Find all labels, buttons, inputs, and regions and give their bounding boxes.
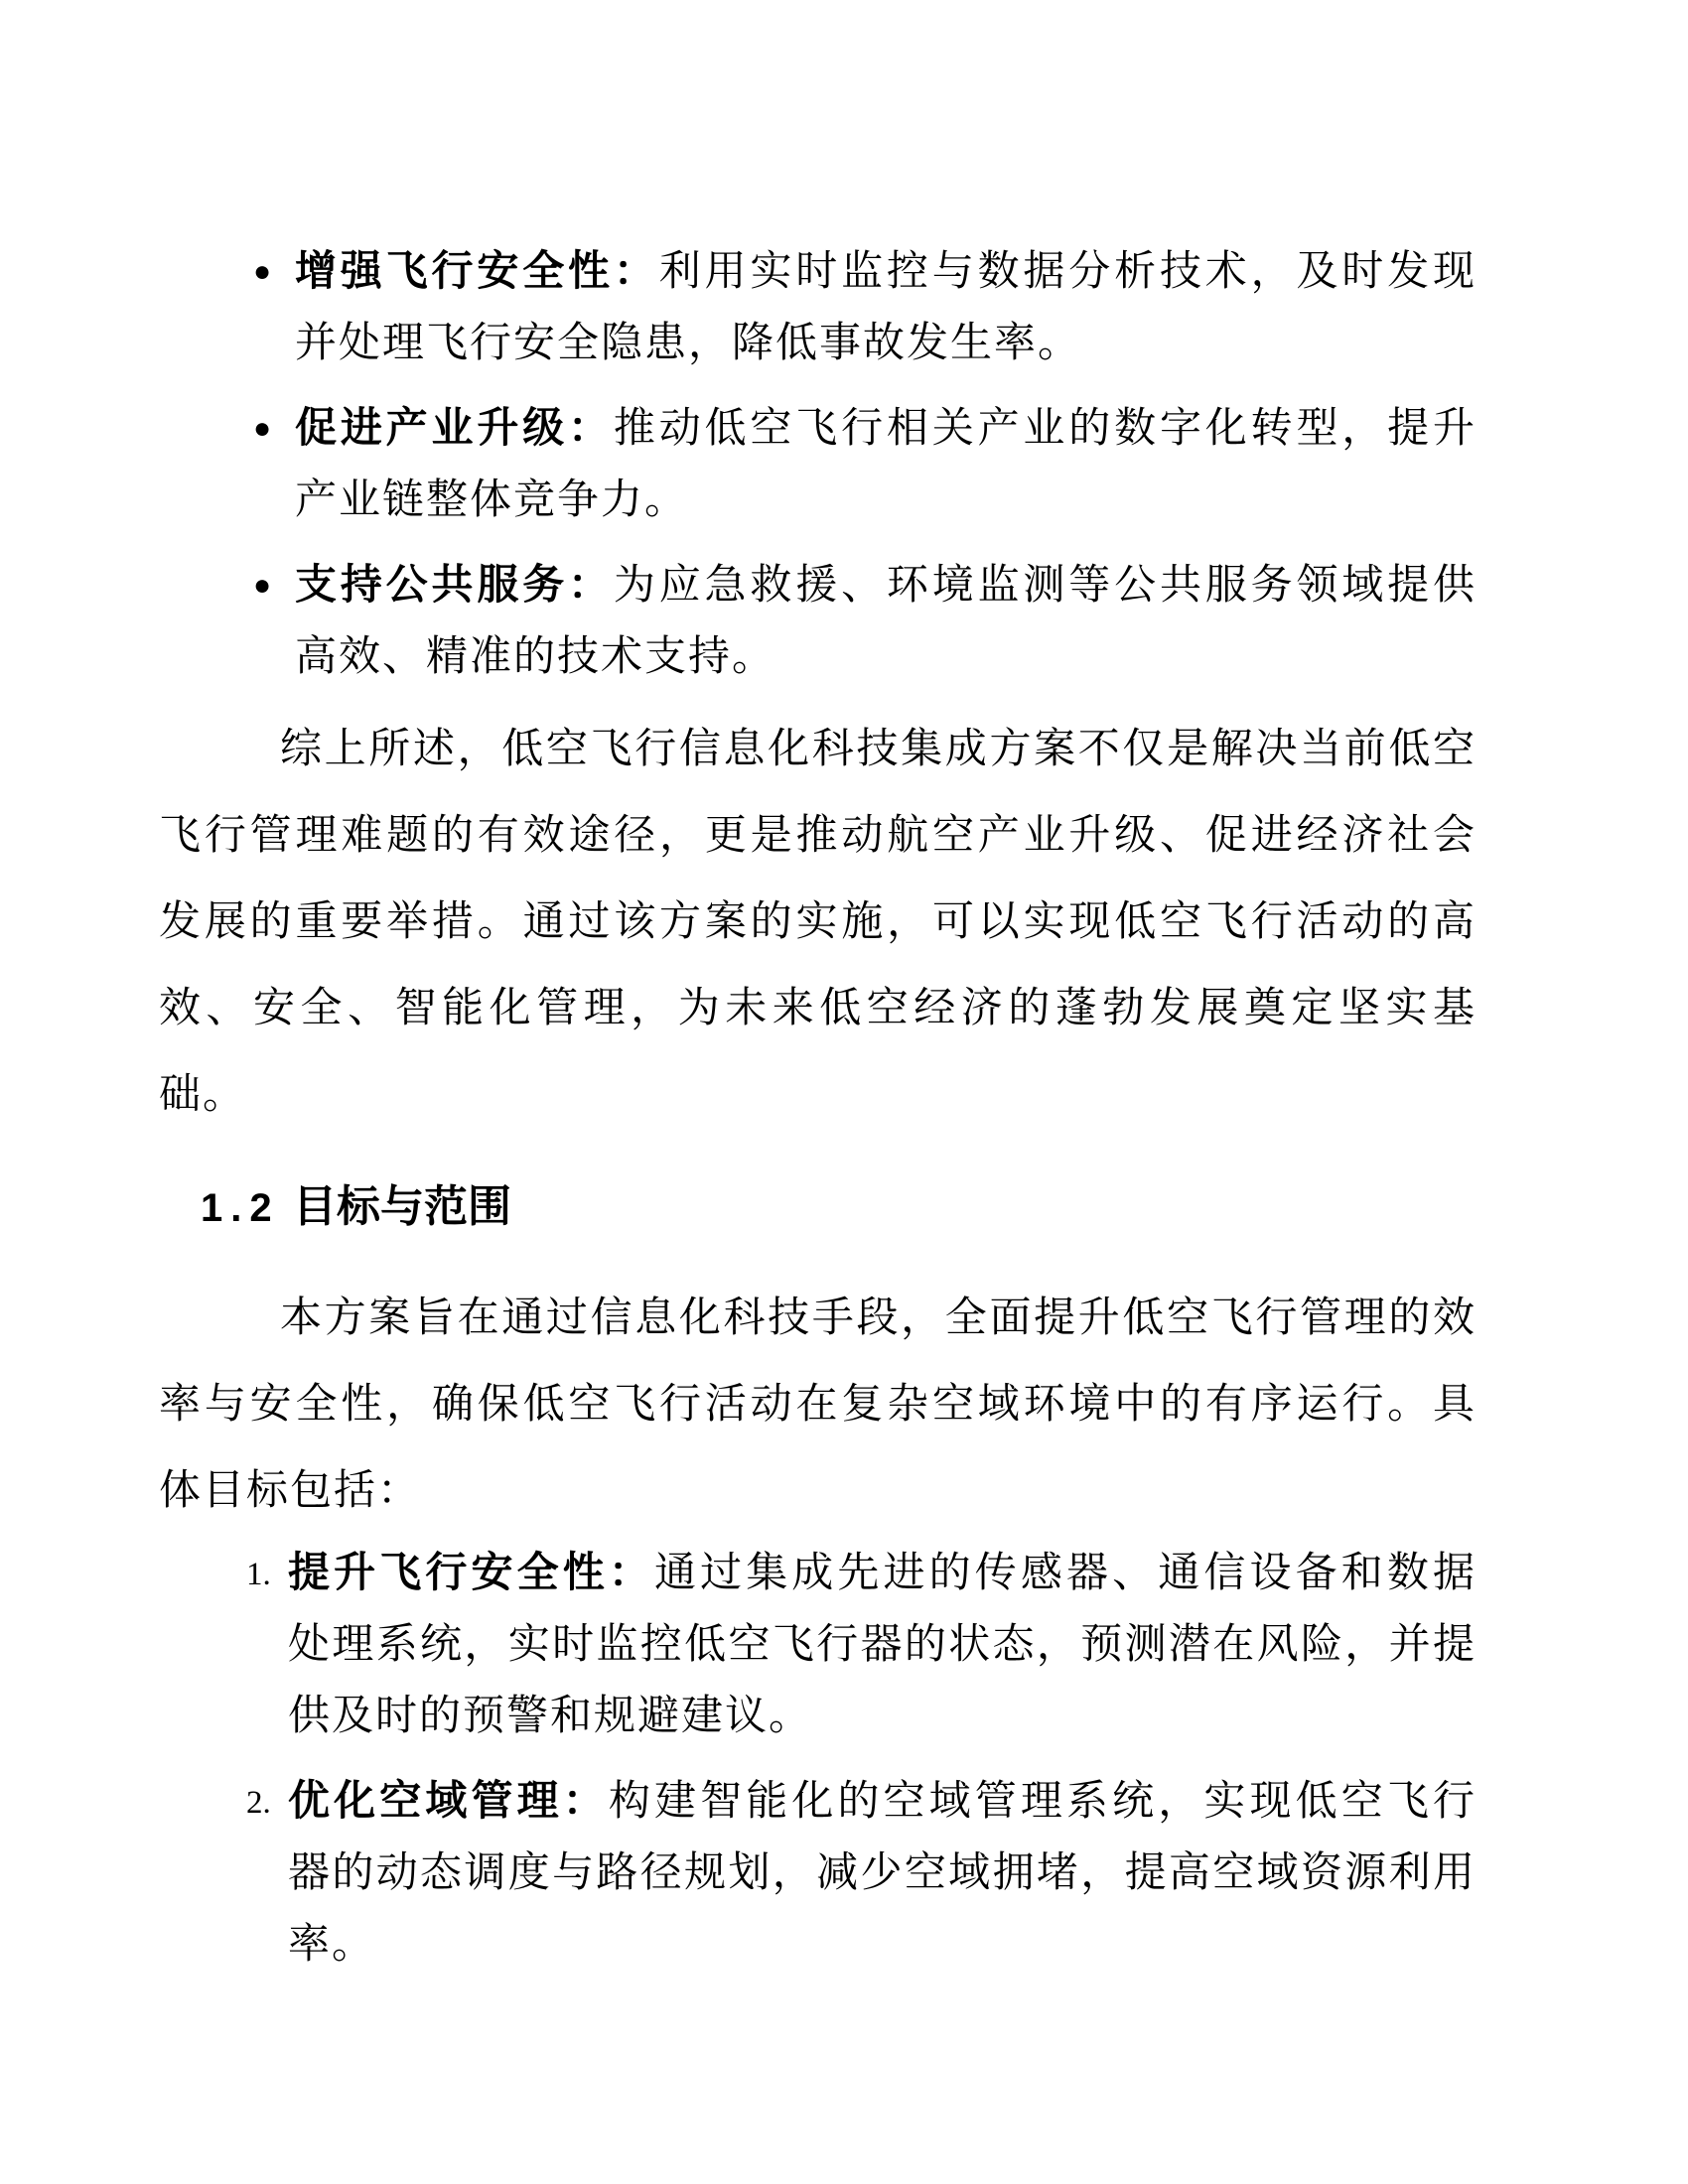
numbered-item-text: 通过集成先进的传感器、通信设备和数据: [654, 1551, 1477, 1596]
numbered-item: 1. 提升飞行安全性：通过集成先进的传感器、通信设备和数据 处理系统，实时监控低…: [159, 1538, 1477, 1752]
bullet-item-line: 增强飞行安全性：利用实时监控与数据分析技术，及时发现: [295, 236, 1477, 308]
paragraph-line: 综上所述，低空飞行信息化科技集成方案不仅是解决当前低空: [159, 707, 1477, 793]
number-marker: 2.: [246, 1766, 271, 1840]
heading-title: 目标与范围: [293, 1182, 511, 1231]
numbered-item-line: 供及时的预警和规避建议。: [288, 1681, 1477, 1752]
numbered-item-lead: 优化空域管理：: [288, 1779, 609, 1825]
bullet-item-lead: 支持公共服务：: [295, 563, 614, 609]
numbered-item-line: 提升飞行安全性：通过集成先进的传感器、通信设备和数据: [288, 1538, 1477, 1609]
numbered-item-line: 优化空域管理：构建智能化的空域管理系统，实现低空飞行: [288, 1766, 1477, 1838]
paragraph-line: 发展的重要举措。通过该方案的实施，可以实现低空飞行活动的高: [159, 880, 1477, 966]
paragraph-line: 体目标包括：: [159, 1448, 1477, 1535]
bullet-item: ● 增强飞行安全性：利用实时监控与数据分析技术，及时发现 并处理飞行安全隐患，降…: [159, 236, 1477, 379]
bullet-item-lead: 增强飞行安全性：: [295, 249, 659, 295]
numbered-item: 2. 优化空域管理：构建智能化的空域管理系统，实现低空飞行 器的动态调度与路径规…: [159, 1766, 1477, 1980]
numbered-item-line: 器的动态调度与路径规划，减少空域拥堵，提高空域资源利用: [288, 1838, 1477, 1909]
paragraph-goals-intro: 本方案旨在通过信息化科技手段，全面提升低空飞行管理的效 率与安全性，确保低空飞行…: [159, 1276, 1477, 1535]
paragraph-summary: 综上所述，低空飞行信息化科技集成方案不仅是解决当前低空 飞行管理难题的有效途径，…: [159, 707, 1477, 1139]
numbered-item-line: 处理系统，实时监控低空飞行器的状态，预测潜在风险，并提: [288, 1609, 1477, 1681]
number-marker: 1.: [246, 1538, 271, 1611]
bullet-marker-icon: ●: [253, 236, 271, 308]
bullet-item-line: 并处理飞行安全隐患，降低事故发生率。: [295, 308, 1477, 379]
paragraph-line: 飞行管理难题的有效途径，更是推动航空产业升级、促进经济社会: [159, 793, 1477, 880]
bullet-item-line: 促进产业升级：推动低空飞行相关产业的数字化转型，提升: [295, 393, 1477, 465]
document-page: ● 增强飞行安全性：利用实时监控与数据分析技术，及时发现 并处理飞行安全隐患，降…: [0, 0, 1688, 1980]
bullet-item-text: 推动低空飞行相关产业的数字化转型，提升: [614, 406, 1477, 452]
bullet-item: ● 促进产业升级：推动低空飞行相关产业的数字化转型，提升 产业链整体竞争力。: [159, 393, 1477, 536]
paragraph-line: 本方案旨在通过信息化科技手段，全面提升低空飞行管理的效: [159, 1276, 1477, 1362]
section-heading: 1.2目标与范围: [159, 1172, 1477, 1243]
bullet-list: ● 增强飞行安全性：利用实时监控与数据分析技术，及时发现 并处理飞行安全隐患，降…: [159, 236, 1477, 693]
bullet-item-text: 利用实时监控与数据分析技术，及时发现: [659, 249, 1477, 295]
numbered-item-text: 构建智能化的空域管理系统，实现低空飞行: [609, 1779, 1477, 1825]
paragraph-line: 础。: [159, 1052, 1477, 1139]
bullet-item-line: 支持公共服务：为应急救援、环境监测等公共服务领域提供: [295, 550, 1477, 621]
bullet-item-line: 高效、精准的技术支持。: [295, 621, 1477, 693]
paragraph-line: 率与安全性，确保低空飞行活动在复杂空域环境中的有序运行。具: [159, 1362, 1477, 1448]
bullet-marker-icon: ●: [253, 393, 271, 465]
bullet-item-lead: 促进产业升级：: [295, 406, 614, 452]
bullet-item-line: 产业链整体竞争力。: [295, 465, 1477, 536]
bullet-marker-icon: ●: [253, 550, 271, 621]
bullet-item: ● 支持公共服务：为应急救援、环境监测等公共服务领域提供 高效、精准的技术支持。: [159, 550, 1477, 693]
bullet-item-text: 为应急救援、环境监测等公共服务领域提供: [614, 563, 1477, 609]
numbered-item-line: 率。: [288, 1909, 1477, 1980]
numbered-list: 1. 提升飞行安全性：通过集成先进的传感器、通信设备和数据 处理系统，实时监控低…: [159, 1538, 1477, 1980]
paragraph-line: 效、安全、智能化管理，为未来低空经济的蓬勃发展奠定坚实基: [159, 966, 1477, 1052]
heading-number: 1.2: [201, 1173, 293, 1243]
numbered-item-lead: 提升飞行安全性：: [288, 1551, 654, 1596]
